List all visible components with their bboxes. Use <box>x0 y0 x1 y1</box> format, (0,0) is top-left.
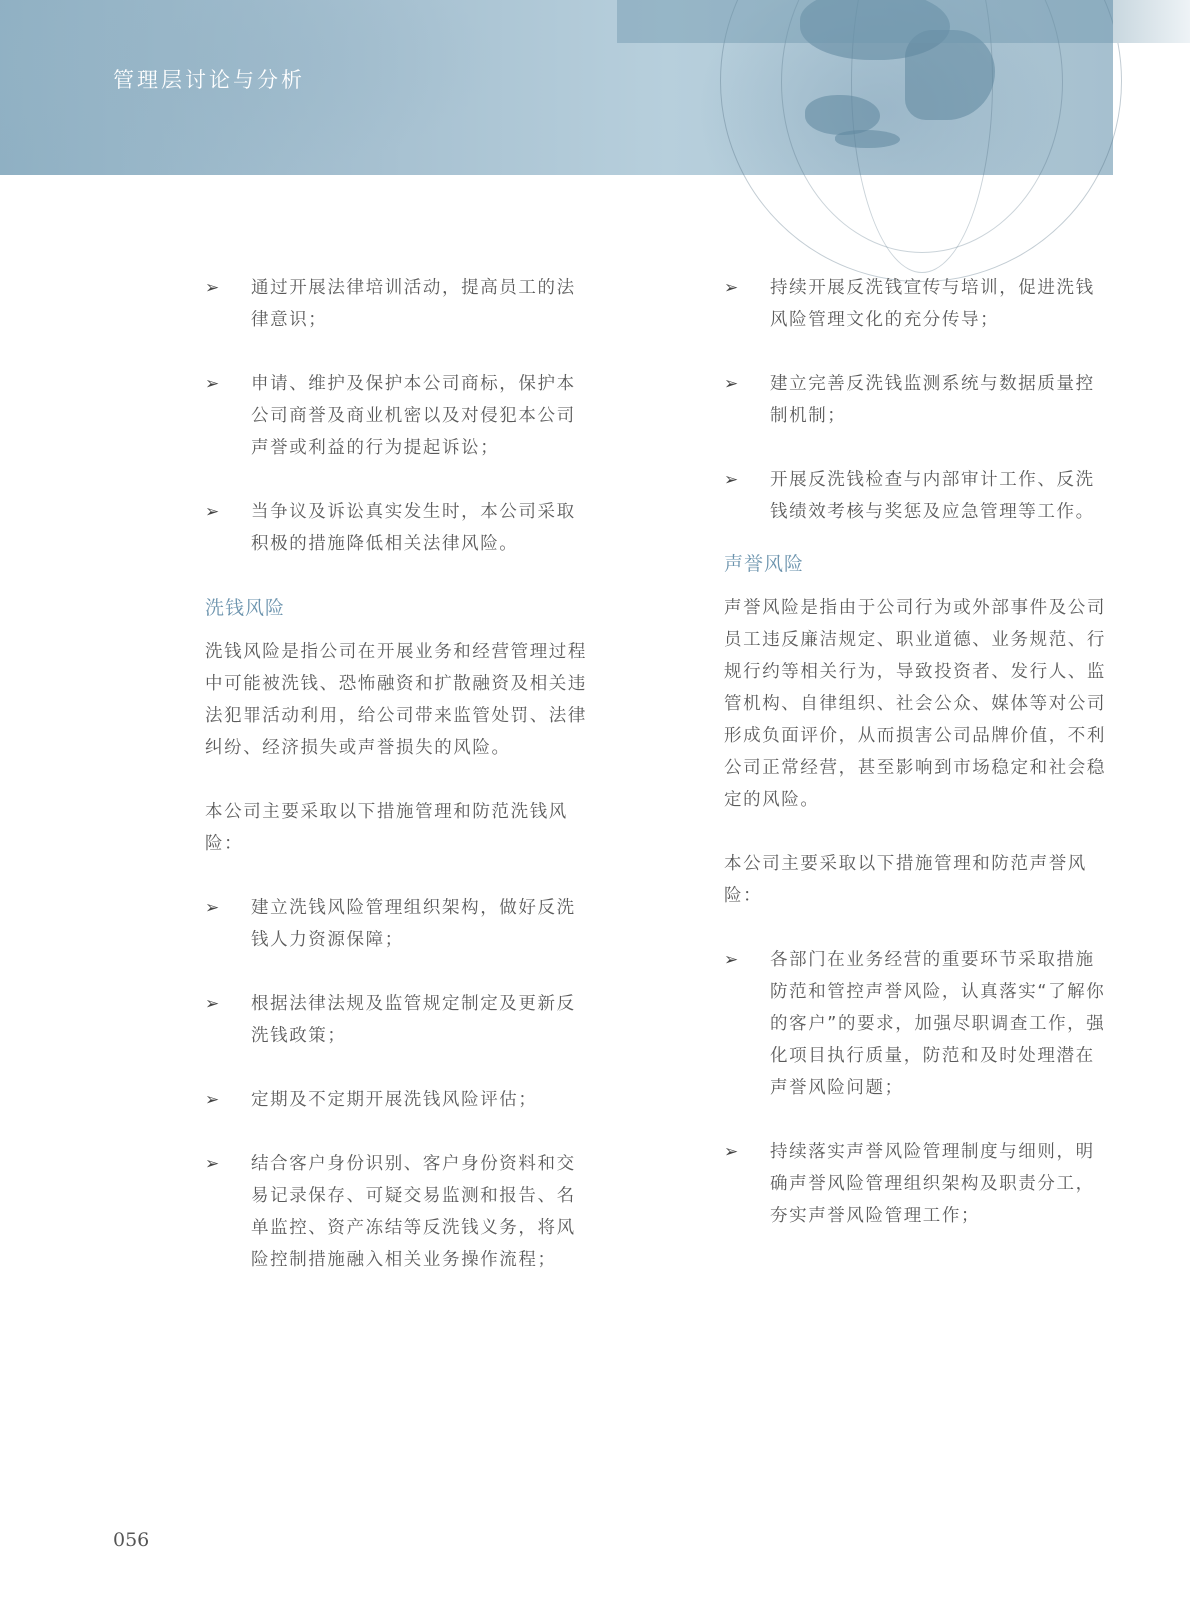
banner-strip <box>617 0 1113 43</box>
section-title: 管理层讨论与分析 <box>113 64 305 94</box>
list-item-text: 结合客户身份识别、客户身份资料和交易记录保存、可疑交易监测和报告、名单监控、资产… <box>251 1154 576 1270</box>
arrow-bullet-icon: ➢ <box>724 272 740 304</box>
reputation-risk-heading: 声誉风险 <box>724 548 1109 580</box>
list-item-text: 建立完善反洗钱监测系统与数据质量控制机制； <box>770 374 1095 426</box>
aml-risk-definition: 洗钱风险是指公司在开展业务和经营管理过程中可能被洗钱、恐怖融资和扩散融资及相关违… <box>205 636 590 764</box>
arrow-bullet-icon: ➢ <box>205 368 221 400</box>
list-item: ➢ 持续落实声誉风险管理制度与细则，明确声誉风险管理组织架构及职责分工，夯实声誉… <box>724 1136 1109 1232</box>
arrow-bullet-icon: ➢ <box>205 892 221 924</box>
list-item-text: 申请、维护及保护本公司商标，保护本公司商誉及商业机密以及对侵犯本公司声誉或利益的… <box>251 374 576 458</box>
arrow-bullet-icon: ➢ <box>205 496 221 528</box>
left-column: ➢ 通过开展法律培训活动，提高员工的法律意识； ➢ 申请、维护及保护本公司商标，… <box>205 272 590 1308</box>
list-item-text: 根据法律法规及监管规定制定及更新反洗钱政策； <box>251 994 576 1046</box>
list-item-text: 当争议及诉讼真实发生时，本公司采取积极的措施降低相关法律风险。 <box>251 502 576 554</box>
arrow-bullet-icon: ➢ <box>205 988 221 1020</box>
globe-landmass <box>835 130 900 148</box>
list-item-text: 通过开展法律培训活动，提高员工的法律意识； <box>251 278 576 330</box>
arrow-bullet-icon: ➢ <box>724 464 740 496</box>
list-item: ➢ 申请、维护及保护本公司商标，保护本公司商誉及商业机密以及对侵犯本公司声誉或利… <box>205 368 590 464</box>
list-item: ➢ 结合客户身份识别、客户身份资料和交易记录保存、可疑交易监测和报告、名单监控、… <box>205 1148 590 1276</box>
list-item: ➢ 定期及不定期开展洗钱风险评估； <box>205 1084 590 1116</box>
aml-risk-heading: 洗钱风险 <box>205 592 590 624</box>
right-column: ➢ 持续开展反洗钱宣传与培训，促进洗钱风险管理文化的充分传导； ➢ 建立完善反洗… <box>724 272 1109 1264</box>
list-item: ➢ 开展反洗钱检查与内部审计工作、反洗钱绩效考核与奖惩及应急管理等工作。 <box>724 464 1109 528</box>
list-item-text: 各部门在业务经营的重要环节采取措施防范和管控声誉风险，认真落实“了解你的客户”的… <box>770 950 1105 1098</box>
list-item-text: 建立洗钱风险管理组织架构，做好反洗钱人力资源保障； <box>251 898 576 950</box>
arrow-bullet-icon: ➢ <box>205 1084 221 1116</box>
list-item: ➢ 各部门在业务经营的重要环节采取措施防范和管控声誉风险，认真落实“了解你的客户… <box>724 944 1109 1104</box>
arrow-bullet-icon: ➢ <box>205 1148 221 1180</box>
list-item: ➢ 通过开展法律培训活动，提高员工的法律意识； <box>205 272 590 336</box>
banner-fade <box>1113 0 1190 43</box>
aml-risk-intro: 本公司主要采取以下措施管理和防范洗钱风险： <box>205 796 590 860</box>
list-item: ➢ 当争议及诉讼真实发生时，本公司采取积极的措施降低相关法律风险。 <box>205 496 590 560</box>
list-item-text: 持续落实声誉风险管理制度与细则，明确声誉风险管理组织架构及职责分工，夯实声誉风险… <box>770 1142 1095 1226</box>
header-banner: 管理层讨论与分析 <box>0 0 1113 175</box>
list-item-text: 开展反洗钱检查与内部审计工作、反洗钱绩效考核与奖惩及应急管理等工作。 <box>770 470 1095 522</box>
list-item: ➢ 根据法律法规及监管规定制定及更新反洗钱政策； <box>205 988 590 1052</box>
list-item-text: 持续开展反洗钱宣传与培训，促进洗钱风险管理文化的充分传导； <box>770 278 1095 330</box>
list-item-text: 定期及不定期开展洗钱风险评估； <box>251 1090 538 1110</box>
arrow-bullet-icon: ➢ <box>205 272 221 304</box>
globe-landmass <box>805 95 880 135</box>
list-item: ➢ 建立完善反洗钱监测系统与数据质量控制机制； <box>724 368 1109 432</box>
reputation-risk-definition: 声誉风险是指由于公司行为或外部事件及公司员工违反廉洁规定、职业道德、业务规范、行… <box>724 592 1109 816</box>
list-item: ➢ 建立洗钱风险管理组织架构，做好反洗钱人力资源保障； <box>205 892 590 956</box>
page-number: 056 <box>113 1529 149 1551</box>
arrow-bullet-icon: ➢ <box>724 1136 740 1168</box>
arrow-bullet-icon: ➢ <box>724 368 740 400</box>
list-item: ➢ 持续开展反洗钱宣传与培训，促进洗钱风险管理文化的充分传导； <box>724 272 1109 336</box>
reputation-risk-intro: 本公司主要采取以下措施管理和防范声誉风险： <box>724 848 1109 912</box>
arrow-bullet-icon: ➢ <box>724 944 740 976</box>
